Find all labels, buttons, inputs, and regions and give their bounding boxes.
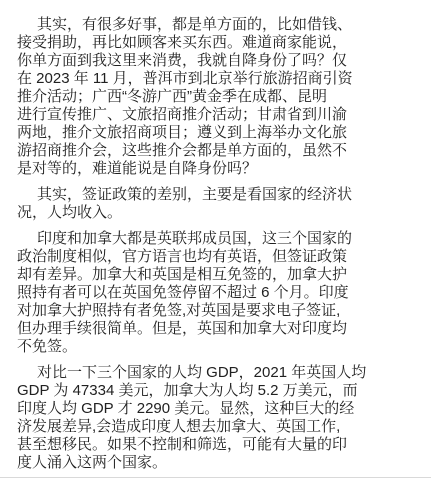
- paragraph: 其实，签证政策的差别，主要是看国家的经济状况，人均收入。: [17, 186, 357, 222]
- text-line: 在 2023 年 11 月，普洱市到北京举行旅游招商引资: [17, 70, 357, 88]
- article-page: 其实，有很多好事，都是单方面的，比如借钱、接受捐助，再比如顾客来买东西。难道商家…: [0, 0, 434, 482]
- text-line: 是对等的，难道能说是自降身份吗？: [17, 160, 357, 178]
- text-line: 政治制度相似，官方语言也均有英语，但签证政策: [17, 248, 357, 266]
- text-line: 甚至想移民。如果不控制和筛选，可能有大量的印: [17, 436, 357, 454]
- text-line: 不免签。: [17, 338, 357, 356]
- text-line: 接受捐助，再比如顾客来买东西。难道商家能说，: [17, 34, 357, 52]
- text-line: 却有差异。加拿大和英国是相互免签的，加拿大护: [17, 266, 357, 284]
- text-line: 度人涌入这两个国家。: [17, 454, 357, 472]
- text-line: 对比一下三个国家的人均 GDP，2021 年英国人均: [17, 364, 357, 382]
- paragraph: 印度和加拿大都是英联邦成员国，这三个国家的政治制度相似，官方语言也均有英语，但签…: [17, 230, 357, 356]
- text-line: 济发展差异,会造成印度人想去加拿大、英国工作,: [17, 418, 357, 436]
- text-line: 对加拿大护照持有者免签,对英国是要求电子签证,: [17, 302, 357, 320]
- text-line: 你单方面到我这里来消费，我就自降身份了吗？仅: [17, 52, 357, 70]
- paragraph: 其实，有很多好事，都是单方面的，比如借钱、接受捐助，再比如顾客来买东西。难道商家…: [17, 16, 357, 178]
- text-line: 两地，推介文旅招商项目；遵义到上海举办文化旅: [17, 124, 357, 142]
- text-line: 印度和加拿大都是英联邦成员国，这三个国家的: [17, 230, 357, 248]
- text-line: 但办理手续很简单。但是，英国和加拿大对印度均: [17, 320, 357, 338]
- paragraph: 对比一下三个国家的人均 GDP，2021 年英国人均GDP 为 47334 美元…: [17, 364, 357, 472]
- article: 其实，有很多好事，都是单方面的，比如借钱、接受捐助，再比如顾客来买东西。难道商家…: [17, 16, 357, 480]
- text-line: 印度人均 GDP 才 2290 美元。显然，这种巨大的经: [17, 400, 357, 418]
- text-line: 推介活动；广西“冬游广西”黄金季在成都、昆明: [17, 88, 357, 106]
- text-line: 况，人均收入。: [17, 204, 357, 222]
- text-line: 照持有者可以在英国免签停留不超过 6 个月。印度: [17, 284, 357, 302]
- text-line: 进行宣传推广、文旅招商推介活动；甘肃省到川渝: [17, 106, 357, 124]
- text-line: GDP 为 47334 美元，加拿大为人均 5.2 万美元，而: [17, 382, 357, 400]
- text-line: 其实，签证政策的差别，主要是看国家的经济状: [17, 186, 357, 204]
- text-line: 游招商推介会，这些推介会都是单方面的，虽然不: [17, 142, 357, 160]
- bottom-divider: [0, 477, 431, 478]
- text-line: 其实，有很多好事，都是单方面的，比如借钱、: [17, 16, 357, 34]
